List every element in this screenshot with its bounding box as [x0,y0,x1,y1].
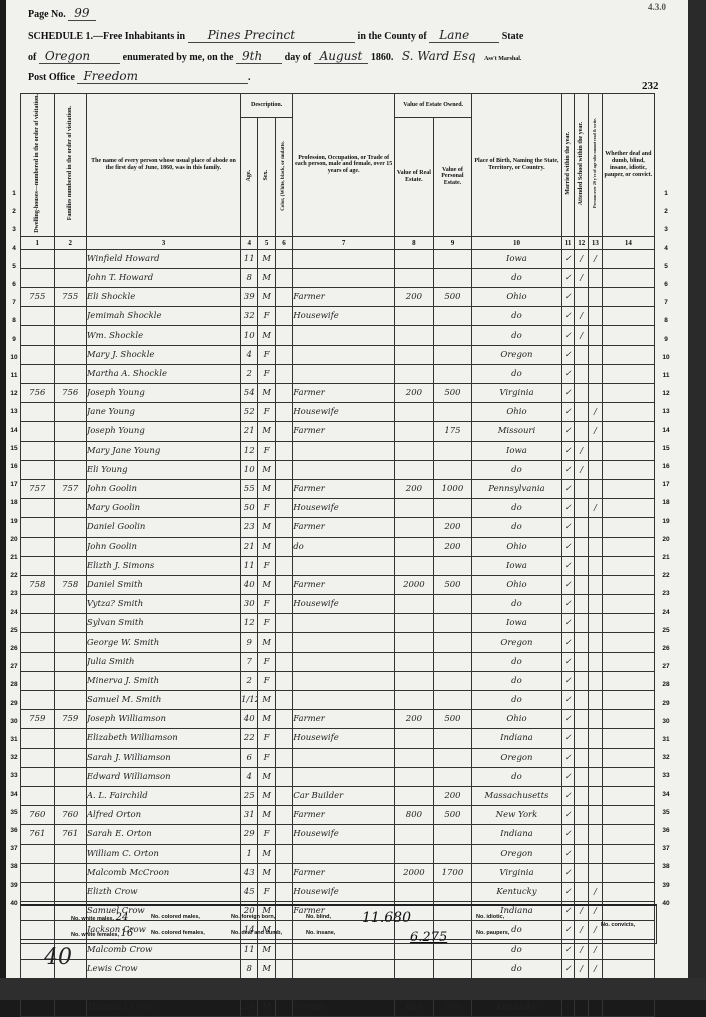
cell-col [275,326,292,345]
place-field: Pines Precinct [188,28,355,43]
cell-dw: 760 [21,806,55,825]
cell-age: 23 [241,518,258,537]
table-row: Jane Young52FHousewifeOhio✓/ [21,403,655,422]
cell-birth: do [472,460,562,479]
cell-pe: 500 [433,806,472,825]
total-real-estate: 11.680 [362,910,411,926]
cell-col [275,556,292,575]
cell-birth: Oregon [472,844,562,863]
cell-dis [602,806,654,825]
cell-fam [54,844,86,863]
row-number: 21 [660,554,672,561]
cell-dw [21,364,55,383]
cell-sex: F [258,748,275,767]
cell-name: Samuel M. Smith [86,691,240,710]
cell-c12 [575,652,589,671]
cell-dis [602,614,654,633]
cell-fam [54,518,86,537]
row-number: 39 [660,882,672,889]
cell-dw [21,422,55,441]
cell-age: 43 [241,863,258,882]
col-description: Description. [241,94,293,118]
cell-c12: / [575,441,589,460]
page-edge [688,0,706,1000]
cell-c13 [589,633,603,652]
cell-fam [54,326,86,345]
cell-birth: do [472,364,562,383]
cell-pe: 500 [433,710,472,729]
row-number: 38 [660,863,672,870]
cell-name: Sarah J. Williamson [86,748,240,767]
cell-name: Daniel Smith [86,575,240,594]
table-row: Sylvan Smith12FIowa✓ [21,614,655,633]
cell-c12 [575,691,589,710]
col-estate: Value of Estate Owned. [395,94,472,118]
cell-col [275,403,292,422]
cell-c11: ✓ [561,575,575,594]
cell-re [395,786,434,805]
cell-sex: F [258,882,275,901]
row-number: 7 [660,299,672,306]
table-row: William C. Orton1MOregon✓ [21,844,655,863]
col-illiterate: Persons over 20 y'rs of age who cannot r… [589,94,603,237]
col-age: Age. [241,118,258,237]
cell-fam [54,767,86,786]
cell-age: 1 [241,844,258,863]
cell-c12 [575,384,589,403]
cell-col [275,595,292,614]
cell-c12 [575,786,589,805]
cell-dw [21,307,55,326]
col-birthplace: Place of Birth, Naming the State, Territ… [472,94,562,237]
cell-c11: ✓ [561,633,575,652]
cell-sex: M [258,537,275,556]
cell-fam: 760 [54,806,86,825]
cell-dw [21,326,55,345]
cell-dw [21,441,55,460]
cell-dis [602,710,654,729]
col-family: Families numbered in the order of visita… [54,94,86,237]
cell-c12: / [575,959,589,978]
cell-fam: 758 [54,575,86,594]
row-number: 3 [8,226,20,233]
cell-col [275,268,292,287]
cell-age: 55 [241,479,258,498]
cell-sex: M [258,326,275,345]
cell-occ: Farmer [293,575,395,594]
cell-occ [293,844,395,863]
cell-re [395,460,434,479]
cell-name: Lewis Crow [86,959,240,978]
cell-birth: Oregon [472,345,562,364]
cell-name: John Goolin [86,537,240,556]
cell-dis [602,460,654,479]
cell-dis [602,959,654,978]
cell-sex: F [258,556,275,575]
cell-c11: ✓ [561,384,575,403]
row-number: 1 [660,190,672,197]
cell-c12 [575,671,589,690]
cell-c11: ✓ [561,479,575,498]
cell-c13 [589,384,603,403]
row-number: 30 [8,718,20,725]
cell-col [275,307,292,326]
cell-re [395,537,434,556]
cell-col [275,575,292,594]
cell-re: 200 [395,384,434,403]
idiotic: No. idiotic, [476,914,504,920]
cell-sex: M [258,268,275,287]
cell-birth: do [472,671,562,690]
cell-c13: / [589,882,603,901]
cell-c11: ✓ [561,268,575,287]
table-row: Samuel M. Smith1/12Mdo✓ [21,691,655,710]
row-number: 17 [660,481,672,488]
cell-col [275,614,292,633]
row-number: 17 [8,481,20,488]
cell-re [395,844,434,863]
cell-age: 32 [241,307,258,326]
cell-c13 [589,863,603,882]
cell-pe [433,633,472,652]
cell-col [275,671,292,690]
cell-pe [433,441,472,460]
cell-col [275,499,292,518]
row-number: 28 [660,681,672,688]
cell-dw [21,729,55,748]
row-number: 6 [8,281,20,288]
cell-name: Mary Jane Young [86,441,240,460]
colored-males: No. colored males, [151,914,200,920]
cell-c12: / [575,249,589,268]
cell-dw [21,249,55,268]
row-number: 9 [8,336,20,343]
cell-pe [433,729,472,748]
row-number: 37 [8,845,20,852]
cell-c11: ✓ [561,422,575,441]
cell-sex: F [258,441,275,460]
cell-c12 [575,748,589,767]
table-row: 761761Sarah E. Orton29FHousewifeIndiana✓ [21,825,655,844]
cell-name: Eli Young [86,460,240,479]
cell-c12 [575,575,589,594]
cell-re: 200 [395,479,434,498]
census-table: Dwelling-houses—numbered in the order of… [20,93,655,1000]
cell-c13: / [589,403,603,422]
cell-re [395,364,434,383]
cell-sex: F [258,364,275,383]
row-number: 12 [8,390,20,397]
cell-age: 39 [241,288,258,307]
cell-pe: 200 [433,786,472,805]
cell-age: 2 [241,364,258,383]
row-number: 32 [8,754,20,761]
cell-name: Alfred Orton [86,806,240,825]
cell-occ: Farmer [293,806,395,825]
row-number: 40 [660,900,672,907]
cell-c12 [575,499,589,518]
cell-dw [21,499,55,518]
cell-dis [602,691,654,710]
foreign-born: No. foreign born, [231,914,275,920]
row-number: 37 [660,845,672,852]
cell-dw: 757 [21,479,55,498]
cell-occ [293,460,395,479]
cell-name: Joseph Young [86,384,240,403]
cell-name: Minerva J. Smith [86,671,240,690]
cell-c12 [575,633,589,652]
col-real-estate: Value of Real Estate. [395,118,434,237]
cell-age: 31 [241,806,258,825]
cell-c11: ✓ [561,806,575,825]
cell-dw [21,786,55,805]
summary-footer: No. white males, 24 No. white females, 1… [20,904,657,944]
cell-re [395,403,434,422]
table-row: Mary Goolin50FHousewifedo✓/ [21,499,655,518]
cell-pe [433,556,472,575]
row-number: 33 [660,772,672,779]
cell-c12 [575,595,589,614]
cell-birth: do [472,499,562,518]
cell-birth: Ohio [472,403,562,422]
cell-occ [293,633,395,652]
row-number: 34 [8,791,20,798]
cell-pe: 1700 [433,863,472,882]
cell-c12 [575,806,589,825]
cell-birth: Ohio [472,537,562,556]
cell-fam [54,364,86,383]
white-females: No. white females, 16 [71,928,133,939]
cell-fam [54,249,86,268]
cell-re [395,959,434,978]
cell-birth: Indiana [472,825,562,844]
col-disability: Whether deaf and dumb, blind, insane, id… [602,94,654,237]
cell-pe [433,614,472,633]
cell-c12: / [575,268,589,287]
cell-col [275,249,292,268]
cell-c13 [589,460,603,479]
cell-col [275,479,292,498]
cell-pe [433,307,472,326]
cell-sex: M [258,575,275,594]
col-married: Married within the year. [561,94,575,237]
cell-c11: ✓ [561,518,575,537]
cell-fam [54,671,86,690]
row-number: 14 [660,427,672,434]
cell-re [395,671,434,690]
cell-c13 [589,806,603,825]
cell-c13 [589,441,603,460]
cell-dis [602,671,654,690]
row-number: 36 [8,827,20,834]
row-number: 12 [660,390,672,397]
cell-c11: ✓ [561,403,575,422]
cell-re [395,268,434,287]
cell-c11: ✓ [561,537,575,556]
cell-birth: do [472,326,562,345]
cell-age: 12 [241,614,258,633]
row-number: 28 [8,681,20,688]
cell-dw [21,652,55,671]
cell-fam [54,556,86,575]
row-number: 35 [660,809,672,816]
cell-col [275,345,292,364]
cell-age: 12 [241,441,258,460]
cell-dis [602,863,654,882]
table-row: Sarah J. Williamson6FOregon✓ [21,748,655,767]
cell-c13 [589,825,603,844]
col-dwelling: Dwelling-houses—numbered in the order of… [21,94,55,237]
cell-name: Vytza? Smith [86,595,240,614]
cell-c12 [575,614,589,633]
cell-dis [602,441,654,460]
cell-c12 [575,537,589,556]
row-number: 32 [660,754,672,761]
cell-c13 [589,479,603,498]
cell-dw [21,556,55,575]
table-row: Vytza? Smith30FHousewifedo✓ [21,595,655,614]
row-number: 3 [660,226,672,233]
cell-col [275,729,292,748]
cell-c12 [575,403,589,422]
cell-sex: M [258,844,275,863]
row-number: 30 [660,718,672,725]
cell-c11: ✓ [561,729,575,748]
cell-fam [54,403,86,422]
cell-pe [433,671,472,690]
cell-sex: M [258,710,275,729]
cell-birth: Oregon [472,748,562,767]
white-males: No. white males, 24 [71,912,128,923]
cell-re [395,326,434,345]
row-number: 24 [8,609,20,616]
cell-dw [21,345,55,364]
cell-dw: 755 [21,288,55,307]
cell-pe [433,767,472,786]
cell-re [395,882,434,901]
cell-occ: Housewife [293,595,395,614]
cell-occ: Farmer [293,518,395,537]
cell-occ [293,326,395,345]
table-row: Jemimah Shockle32FHousewifedo✓/ [21,307,655,326]
table-row: 756756Joseph Young54MFarmer200500Virgini… [21,384,655,403]
cell-dis [602,844,654,863]
table-row: 758758Daniel Smith40MFarmer2000500Ohio✓ [21,575,655,594]
colored-females: No. colored females, [151,930,205,936]
row-number: 20 [660,536,672,543]
deaf-dumb: No. deaf and dumb, [231,930,282,936]
cell-sex: M [258,460,275,479]
cell-pe [433,691,472,710]
cell-birth: Ohio [472,575,562,594]
cell-re [395,307,434,326]
cell-dis [602,403,654,422]
cell-name: Joseph Williamson [86,710,240,729]
paupers: No. paupers, [476,930,509,936]
cell-name: Elizth J. Simons [86,556,240,575]
row-number: 2 [8,208,20,215]
cell-c12 [575,556,589,575]
cell-age: 8 [241,268,258,287]
cell-age: 50 [241,499,258,518]
cell-c11: ✓ [561,786,575,805]
cell-fam [54,652,86,671]
cell-c13 [589,595,603,614]
cell-c12 [575,422,589,441]
cell-pe [433,499,472,518]
cell-sex: M [258,249,275,268]
cell-c11: ✓ [561,691,575,710]
row-number: 4 [660,245,672,252]
row-number: 31 [660,736,672,743]
row-number: 31 [8,736,20,743]
cell-c12 [575,710,589,729]
cell-birth: Virginia [472,384,562,403]
cell-fam [54,307,86,326]
cell-sex: F [258,307,275,326]
cell-dw [21,614,55,633]
cell-fam [54,345,86,364]
cell-fam [54,863,86,882]
cell-age: 11 [241,556,258,575]
cell-occ: Farmer [293,422,395,441]
cell-birth: Ohio [472,710,562,729]
cell-birth: Iowa [472,614,562,633]
cell-re [395,249,434,268]
cell-c13 [589,614,603,633]
cell-c11: ✓ [561,863,575,882]
cell-birth: do [472,767,562,786]
cell-age: 11 [241,249,258,268]
cell-pe [433,825,472,844]
cell-pe [433,652,472,671]
row-number: 39 [8,882,20,889]
row-number: 1 [8,190,20,197]
cell-name: Elizabeth Williamson [86,729,240,748]
cell-occ [293,671,395,690]
cell-c13 [589,691,603,710]
table-row: Elizth J. Simons11FIowa✓ [21,556,655,575]
table-row: Edward Williamson4Mdo✓ [21,767,655,786]
schedule-line: SCHEDULE 1.—Free Inhabitants in Pines Pr… [28,28,523,42]
row-number: 25 [8,627,20,634]
cell-occ [293,767,395,786]
cell-pe [433,345,472,364]
cell-age: 45 [241,882,258,901]
cell-pe: 500 [433,575,472,594]
cell-age: 6 [241,748,258,767]
cell-dis [602,748,654,767]
cell-pe [433,403,472,422]
cell-c11: ✓ [561,460,575,479]
cell-birth: Virginia [472,863,562,882]
row-number: 6 [660,281,672,288]
row-number: 21 [8,554,20,561]
cell-name: Sarah E. Orton [86,825,240,844]
cell-re [395,652,434,671]
cell-pe [433,364,472,383]
cell-birth: Ohio [472,288,562,307]
cell-col [275,691,292,710]
cell-re: 200 [395,710,434,729]
cell-occ: Farmer [293,863,395,882]
cell-c13 [589,748,603,767]
cell-age: 25 [241,786,258,805]
cell-dis [602,729,654,748]
cell-occ: Farmer [293,384,395,403]
col-school: Attended School within the year. [575,94,589,237]
table-row: 759759Joseph Williamson40MFarmer200500Oh… [21,710,655,729]
